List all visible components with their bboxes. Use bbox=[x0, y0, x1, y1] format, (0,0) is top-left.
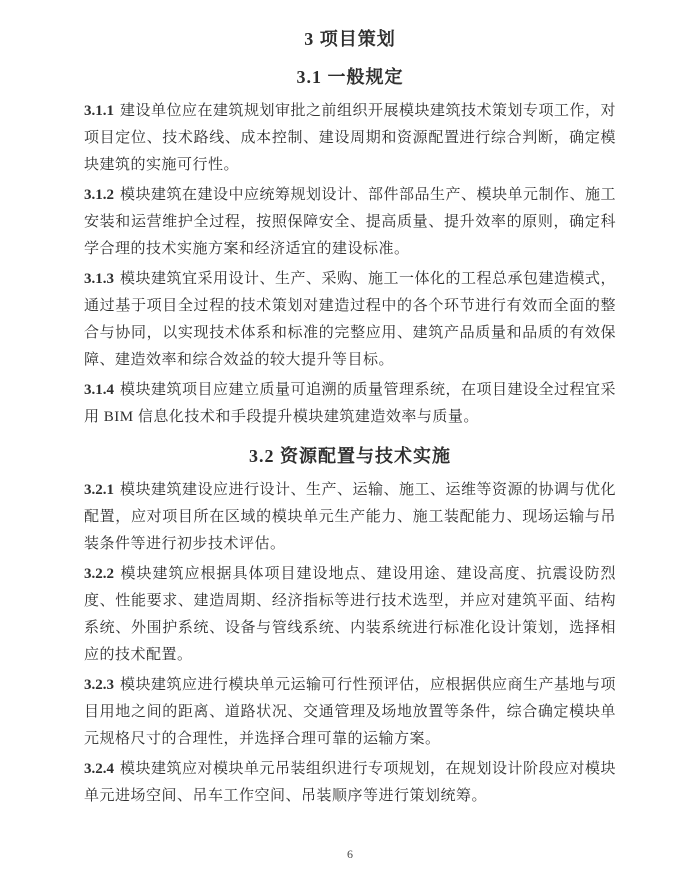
clause-3-2-3: 3.2.3模块建筑应进行模块单元运输可行性预评估，应根据供应商生产基地与项目用地… bbox=[84, 672, 616, 753]
clause-number: 3.1.3 bbox=[84, 271, 114, 287]
clause-text: 模块建筑应对模块单元吊装组织进行专项规划，在规划设计阶段应对模块单元进场空间、吊… bbox=[84, 761, 616, 804]
chapter-title: 3 项目策划 bbox=[84, 26, 616, 52]
clause-text: 建设单位应在建筑规划审批之前组织开展模块建筑技术策划专项工作，对项目定位、技术路… bbox=[84, 103, 616, 173]
page-number: 6 bbox=[347, 847, 353, 861]
clause-number: 3.1.4 bbox=[84, 382, 114, 398]
clause-number: 3.2.1 bbox=[84, 482, 114, 498]
clause-text: 模块建筑项目应建立质量可追溯的质量管理系统，在项目建设全过程宜采用 BIM 信息… bbox=[84, 382, 616, 425]
clause-text: 模块建筑宜采用设计、生产、采购、施工一体化的工程总承包建造模式，通过基于项目全过… bbox=[84, 271, 616, 368]
clause-3-2-2: 3.2.2模块建筑应根据具体项目建设地点、建设用途、建设高度、抗震设防烈度、性能… bbox=[84, 561, 616, 669]
clause-number: 3.1.2 bbox=[84, 187, 114, 203]
clause-number: 3.2.4 bbox=[84, 761, 114, 777]
clause-text: 模块建筑建设应进行设计、生产、运输、施工、运维等资源的协调与优化配置，应对项目所… bbox=[84, 482, 616, 552]
clause-number: 3.2.3 bbox=[84, 677, 114, 693]
clause-3-1-1: 3.1.1建设单位应在建筑规划审批之前组织开展模块建筑技术策划专项工作，对项目定… bbox=[84, 98, 616, 179]
section-heading-3-2: 3.2 资源配置与技术实施 bbox=[84, 443, 616, 469]
page-footer: 6 bbox=[0, 845, 700, 863]
clause-3-2-4: 3.2.4模块建筑应对模块单元吊装组织进行专项规划，在规划设计阶段应对模块单元进… bbox=[84, 756, 616, 810]
clause-3-1-3: 3.1.3模块建筑宜采用设计、生产、采购、施工一体化的工程总承包建造模式，通过基… bbox=[84, 266, 616, 374]
clause-text: 模块建筑应根据具体项目建设地点、建设用途、建设高度、抗震设防烈度、性能要求、建造… bbox=[84, 566, 616, 663]
clause-number: 3.1.1 bbox=[84, 103, 114, 119]
clause-number: 3.2.2 bbox=[84, 566, 114, 582]
section-heading-3-1: 3.1 一般规定 bbox=[84, 64, 616, 90]
clause-3-1-2: 3.1.2模块建筑在建设中应统筹规划设计、部件部品生产、模块单元制作、施工安装和… bbox=[84, 182, 616, 263]
document-page: 3 项目策划 3.1 一般规定 3.1.1建设单位应在建筑规划审批之前组织开展模… bbox=[0, 0, 700, 869]
clause-3-2-1: 3.2.1模块建筑建设应进行设计、生产、运输、施工、运维等资源的协调与优化配置，… bbox=[84, 477, 616, 558]
clause-3-1-4: 3.1.4模块建筑项目应建立质量可追溯的质量管理系统，在项目建设全过程宜采用 B… bbox=[84, 377, 616, 431]
clause-text: 模块建筑在建设中应统筹规划设计、部件部品生产、模块单元制作、施工安装和运营维护全… bbox=[84, 187, 616, 257]
clause-text: 模块建筑应进行模块单元运输可行性预评估，应根据供应商生产基地与项目用地之间的距离… bbox=[84, 677, 616, 747]
